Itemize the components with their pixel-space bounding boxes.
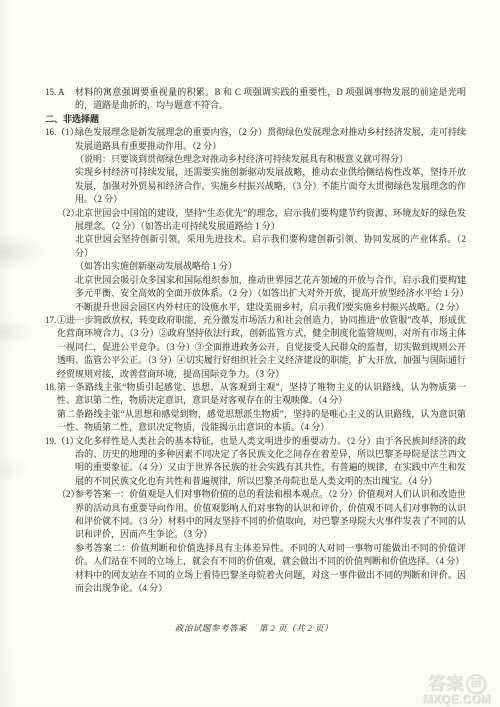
answer-item-19-1: 19.（1） 文化多样性是人类社会的基本特征，也是人类文明进步的重要动力。（2 … (42, 435, 466, 489)
item-19-1-number: 19.（1） (45, 435, 79, 448)
answer-circle-logo-icon: 圈 (466, 674, 486, 694)
watermark-brand-text: 答案 (428, 674, 464, 694)
item-17-text: ①进一步简政放权，转变政府职能，充分激发市场活力和社会创造力，协同推进“放管服”… (57, 315, 466, 379)
answer-item-16-2-point-4: 不断提升世园会园区内外村庄的设施水平，建设美丽乡村，启示我们要实施乡村振兴战略。… (42, 301, 466, 314)
item-15-text: 材料的寓意强调要重视量的积累。B 和 C 项强调实践的重要性，D 项强调事物发展… (75, 87, 466, 110)
answer-item-17: 17. ①进一步简政放权，转变政府职能，充分激发市场活力和社会创造力，协同推进“… (42, 314, 466, 381)
answer-item-16-1-continued: 实现乡村经济可持续发展，还需要实施创新驱动发展战略，推动农业供给侧结构性改革，坚… (42, 166, 466, 206)
answer-item-19-2: （2） 参考答案一：价值观是人们对事物价值的总的看法和根本观点。（2 分）价值观… (42, 488, 466, 542)
answer-item-16-1: 16.（1） 绿色发展理念是新发展理念的重要内容，（2 分）贯彻绿色发展理念对推… (42, 126, 466, 153)
answer-item-19-2-answer-2-continued: 材料中的网友站在不同的立场上看待巴黎圣母院着火问题，对这一事件做出不同的判断和评… (42, 569, 466, 596)
item-19-1-text: 文化多样性是人类社会的基本特征，也是人类文明进步的重要动力。（2 分）由于各民族… (75, 436, 466, 486)
item-16-1-number: 16.（1） (45, 126, 79, 139)
answer-item-18: 18. 第一条路线主张“物质引起感觉、思想、从客观到主观”，坚持了唯物主义的认识… (42, 381, 466, 408)
watermark-brand: 答案 圈 (414, 674, 500, 694)
grading-note-16-1: （说明：只要谈到贯彻绿色理念对推动乡村经济可持续发展具有积极意义就可得分） (42, 153, 466, 166)
item-16-2-number: （2） (57, 207, 80, 220)
section-heading: 二、非选择题 (42, 113, 466, 126)
footer-doc-title: 政治试题参考答案 (175, 623, 247, 633)
watermark-site-url: MXQE.COM (414, 694, 500, 707)
item-16-2-text: 北京世园会中国馆的建设，坚持“生态优先”的理念，启示我们要构建节约资源、环境友好… (75, 208, 466, 231)
footer-page-number: 第 2 页（共 2 页） (259, 623, 333, 633)
answer-sheet-body: 15. A 材料的寓意强调要重视量的积累。B 和 C 项强调实践的重要性，D 项… (42, 86, 466, 595)
answer-item-15: 15. A 材料的寓意强调要重视量的积累。B 和 C 项强调实践的重要性，D 项… (42, 86, 466, 113)
grading-note-16-2: （如答出实施创新驱动发展战略给 1 分） (42, 260, 466, 273)
answer-item-16-2: （2） 北京世园会中国馆的建设，坚持“生态优先”的理念，启示我们要构建节约资源、… (42, 207, 466, 234)
item-17-number: 17. (45, 314, 56, 327)
answer-item-16-2-point-3: 北京世园会吸引众多国家和国际组织参加，推动世界园艺花卉领域的开放与合作，启示我们… (42, 274, 466, 301)
page-footer: 政治试题参考答案第 2 页（共 2 页） (42, 622, 466, 634)
item-19-2-number: （2） (57, 488, 80, 501)
watermark: 答案 圈 MXQE.COM (414, 674, 500, 707)
answer-item-16-2-point-2: 北京世园会坚持创新引领，采用先进技术。启示我们要构建创新引领、协同发展的产业体系… (42, 233, 466, 260)
item-19-2-answer-1-text: 参考答案一：价值观是人们对事物价值的总的看法和根本观点。（2 分）价值观对人们认… (75, 489, 466, 539)
item-15-number: 15. A (45, 86, 65, 99)
item-18-text: 第一条路线主张“物质引起感觉、思想、从客观到主观”，坚持了唯物主义的认识路线，认… (57, 382, 466, 405)
item-18-number: 18. (45, 381, 56, 394)
answer-item-19-2-answer-2: 参考答案二：价值判断和价值选择具有主体差异性。不同的人对同一事物可能做出不同的价… (42, 542, 466, 569)
item-16-1-text: 绿色发展理念是新发展理念的重要内容，（2 分）贯彻绿色发展理念对推动乡村经济发展… (75, 127, 466, 150)
answer-item-18-continued: 第二条路线主张“从思想和感觉到物，感觉思想派生物质”，坚持的是唯心主义的认识路线… (42, 408, 466, 435)
